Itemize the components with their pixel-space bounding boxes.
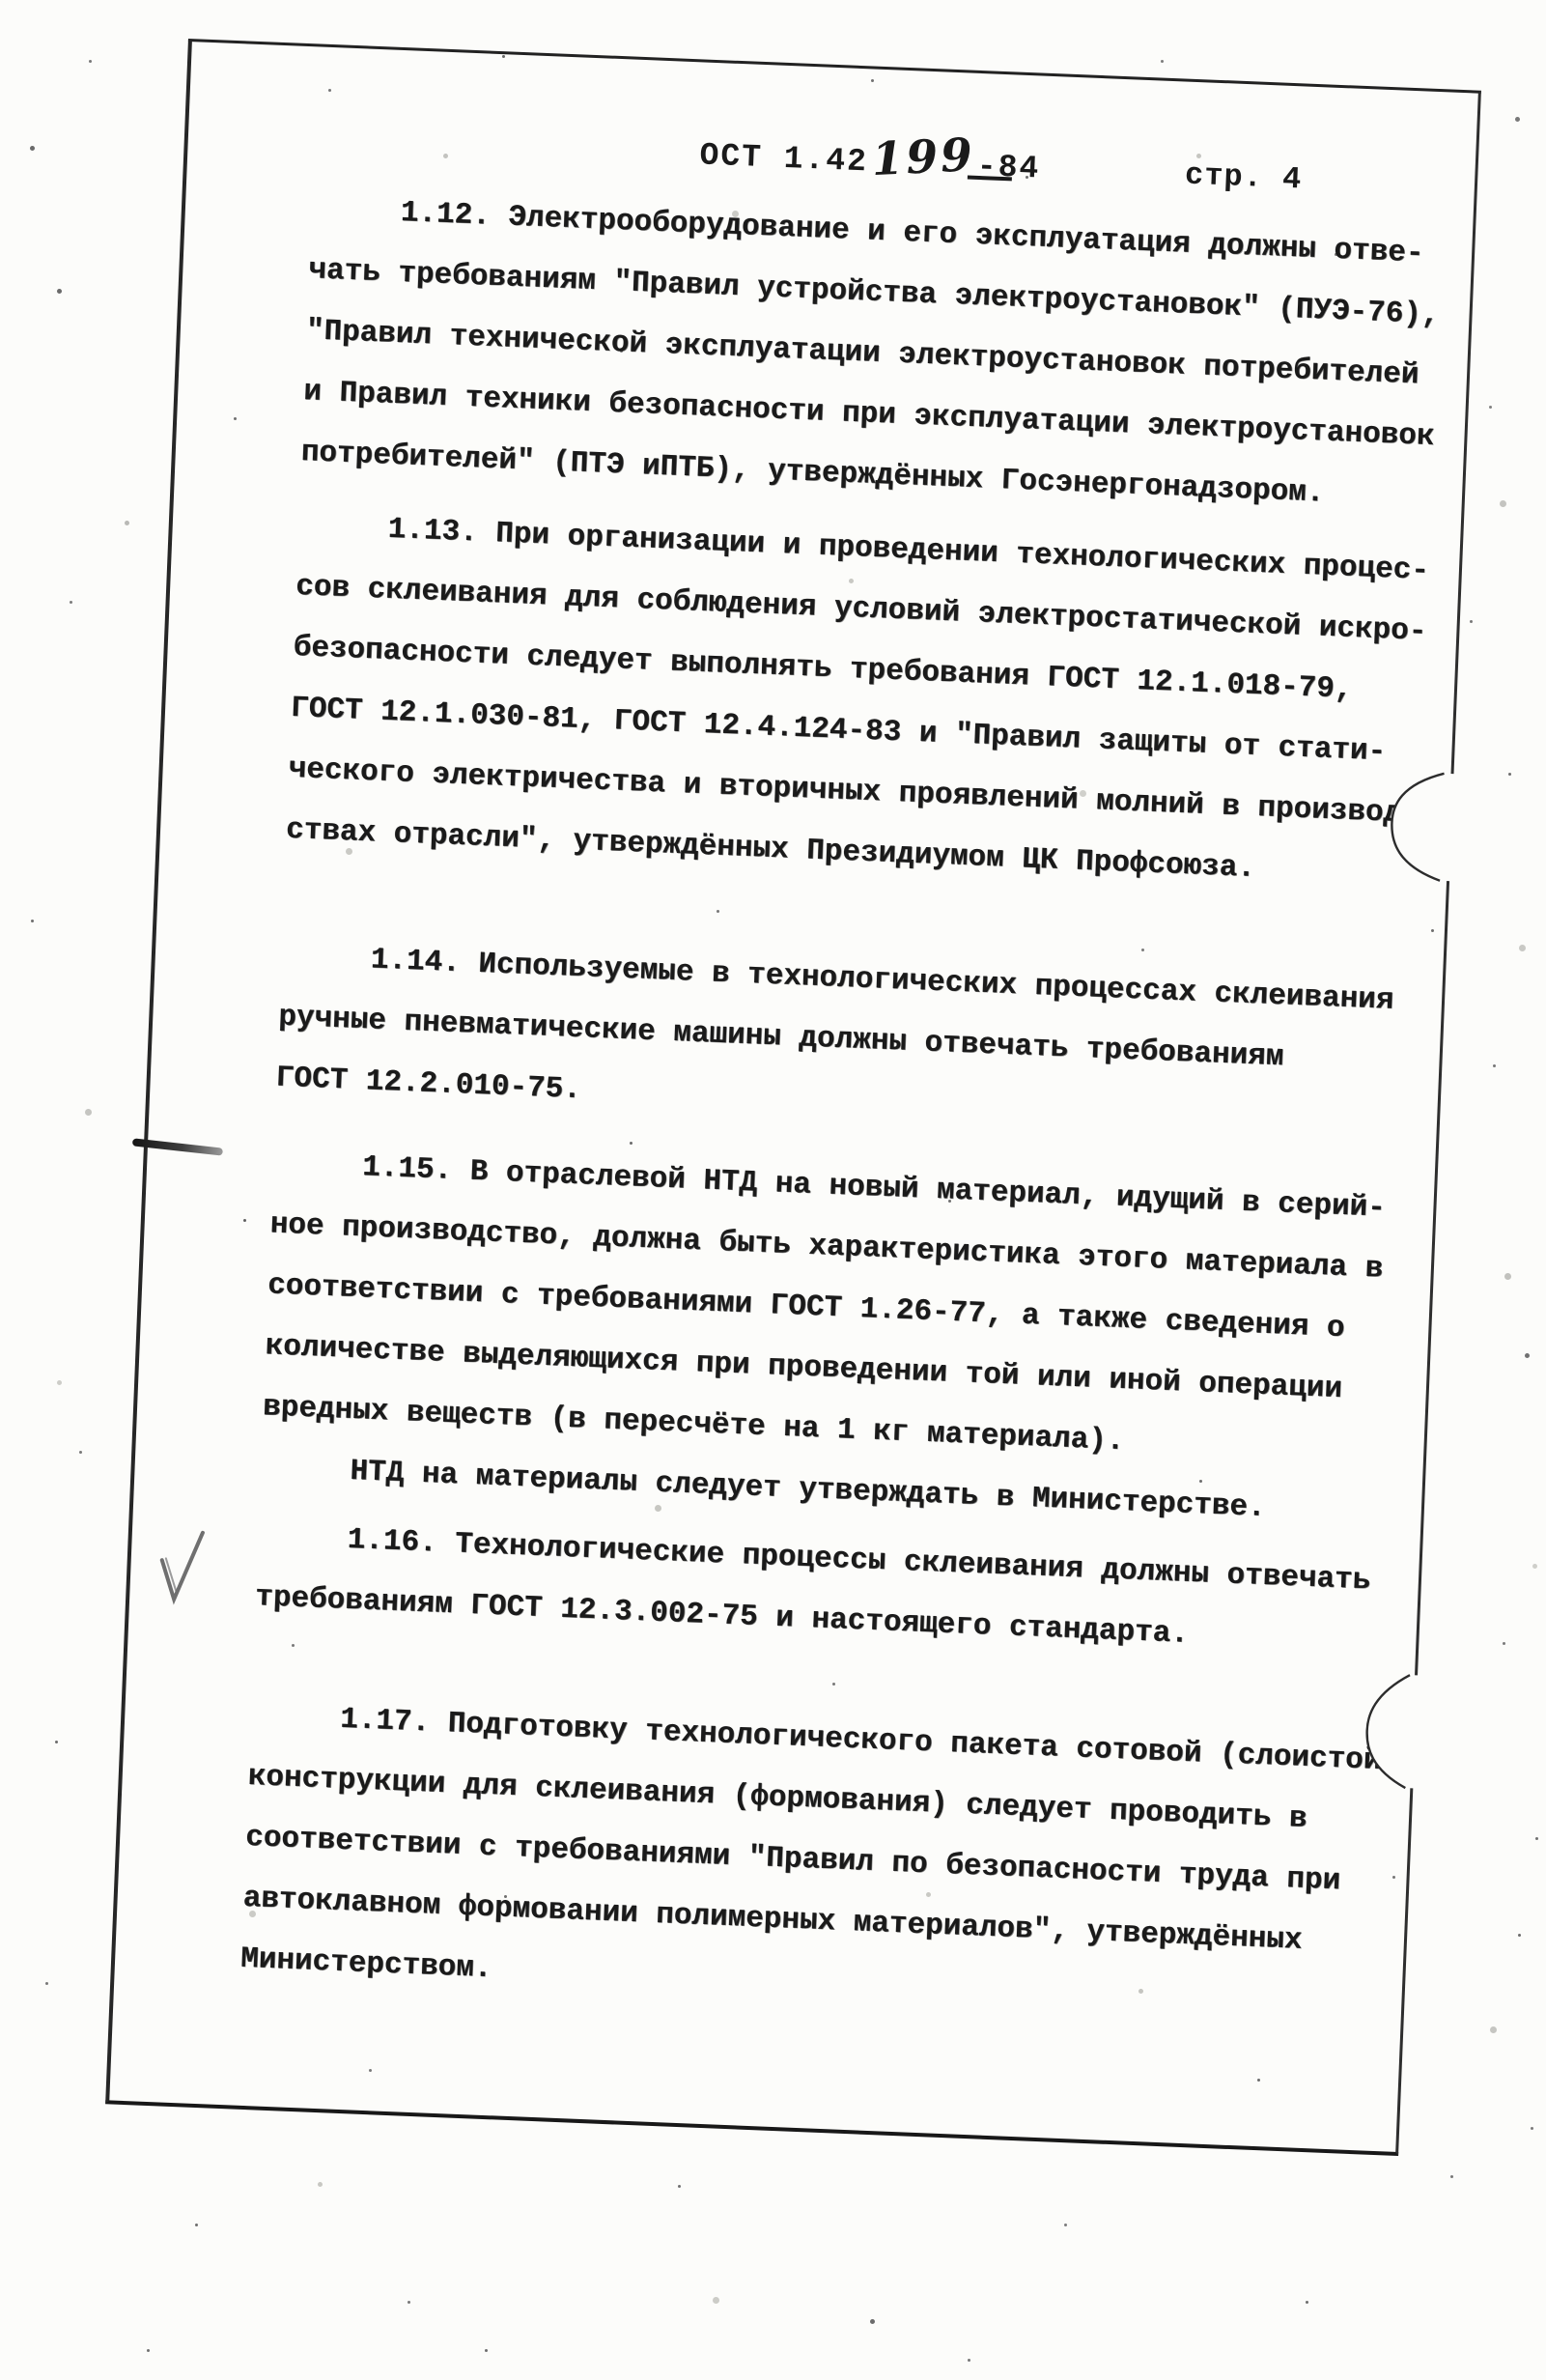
page-number-label: стр. 4 [1184, 145, 1304, 211]
paragraph-1-15: 1.15. В отраслевой НТД на новый материал… [259, 1133, 1422, 1544]
paper-notch-icon [1378, 768, 1456, 885]
pencil-dash-icon [132, 1138, 223, 1155]
doc-number-suffix: -84 [976, 136, 1042, 200]
check-mark-icon [155, 1525, 210, 1612]
doc-number: ОСТ 1.42199-84 [698, 118, 1041, 199]
paragraph-1-12: 1.12. Электрооборудование и его эксплуат… [300, 179, 1462, 529]
scanned-page: ОСТ 1.42199-84 стр. 4 1.12. Электрообору… [0, 0, 1546, 2380]
doc-number-prefix: ОСТ 1.42 [699, 137, 869, 180]
paragraph-1-17: 1.17. Подготовку технологического пакета… [239, 1686, 1401, 2036]
paper-notch-icon [1357, 1670, 1420, 1792]
paragraph-1-14: 1.14. Используемые в технологических про… [275, 926, 1432, 1155]
doc-number-handwritten: 199 [871, 125, 977, 190]
paragraph-1-13: 1.13. При организации и проведении техно… [285, 496, 1448, 906]
page-frame: ОСТ 1.42199-84 стр. 4 1.12. Электрообору… [105, 39, 1481, 2156]
scan-noise-light [0, 0, 3, 3]
